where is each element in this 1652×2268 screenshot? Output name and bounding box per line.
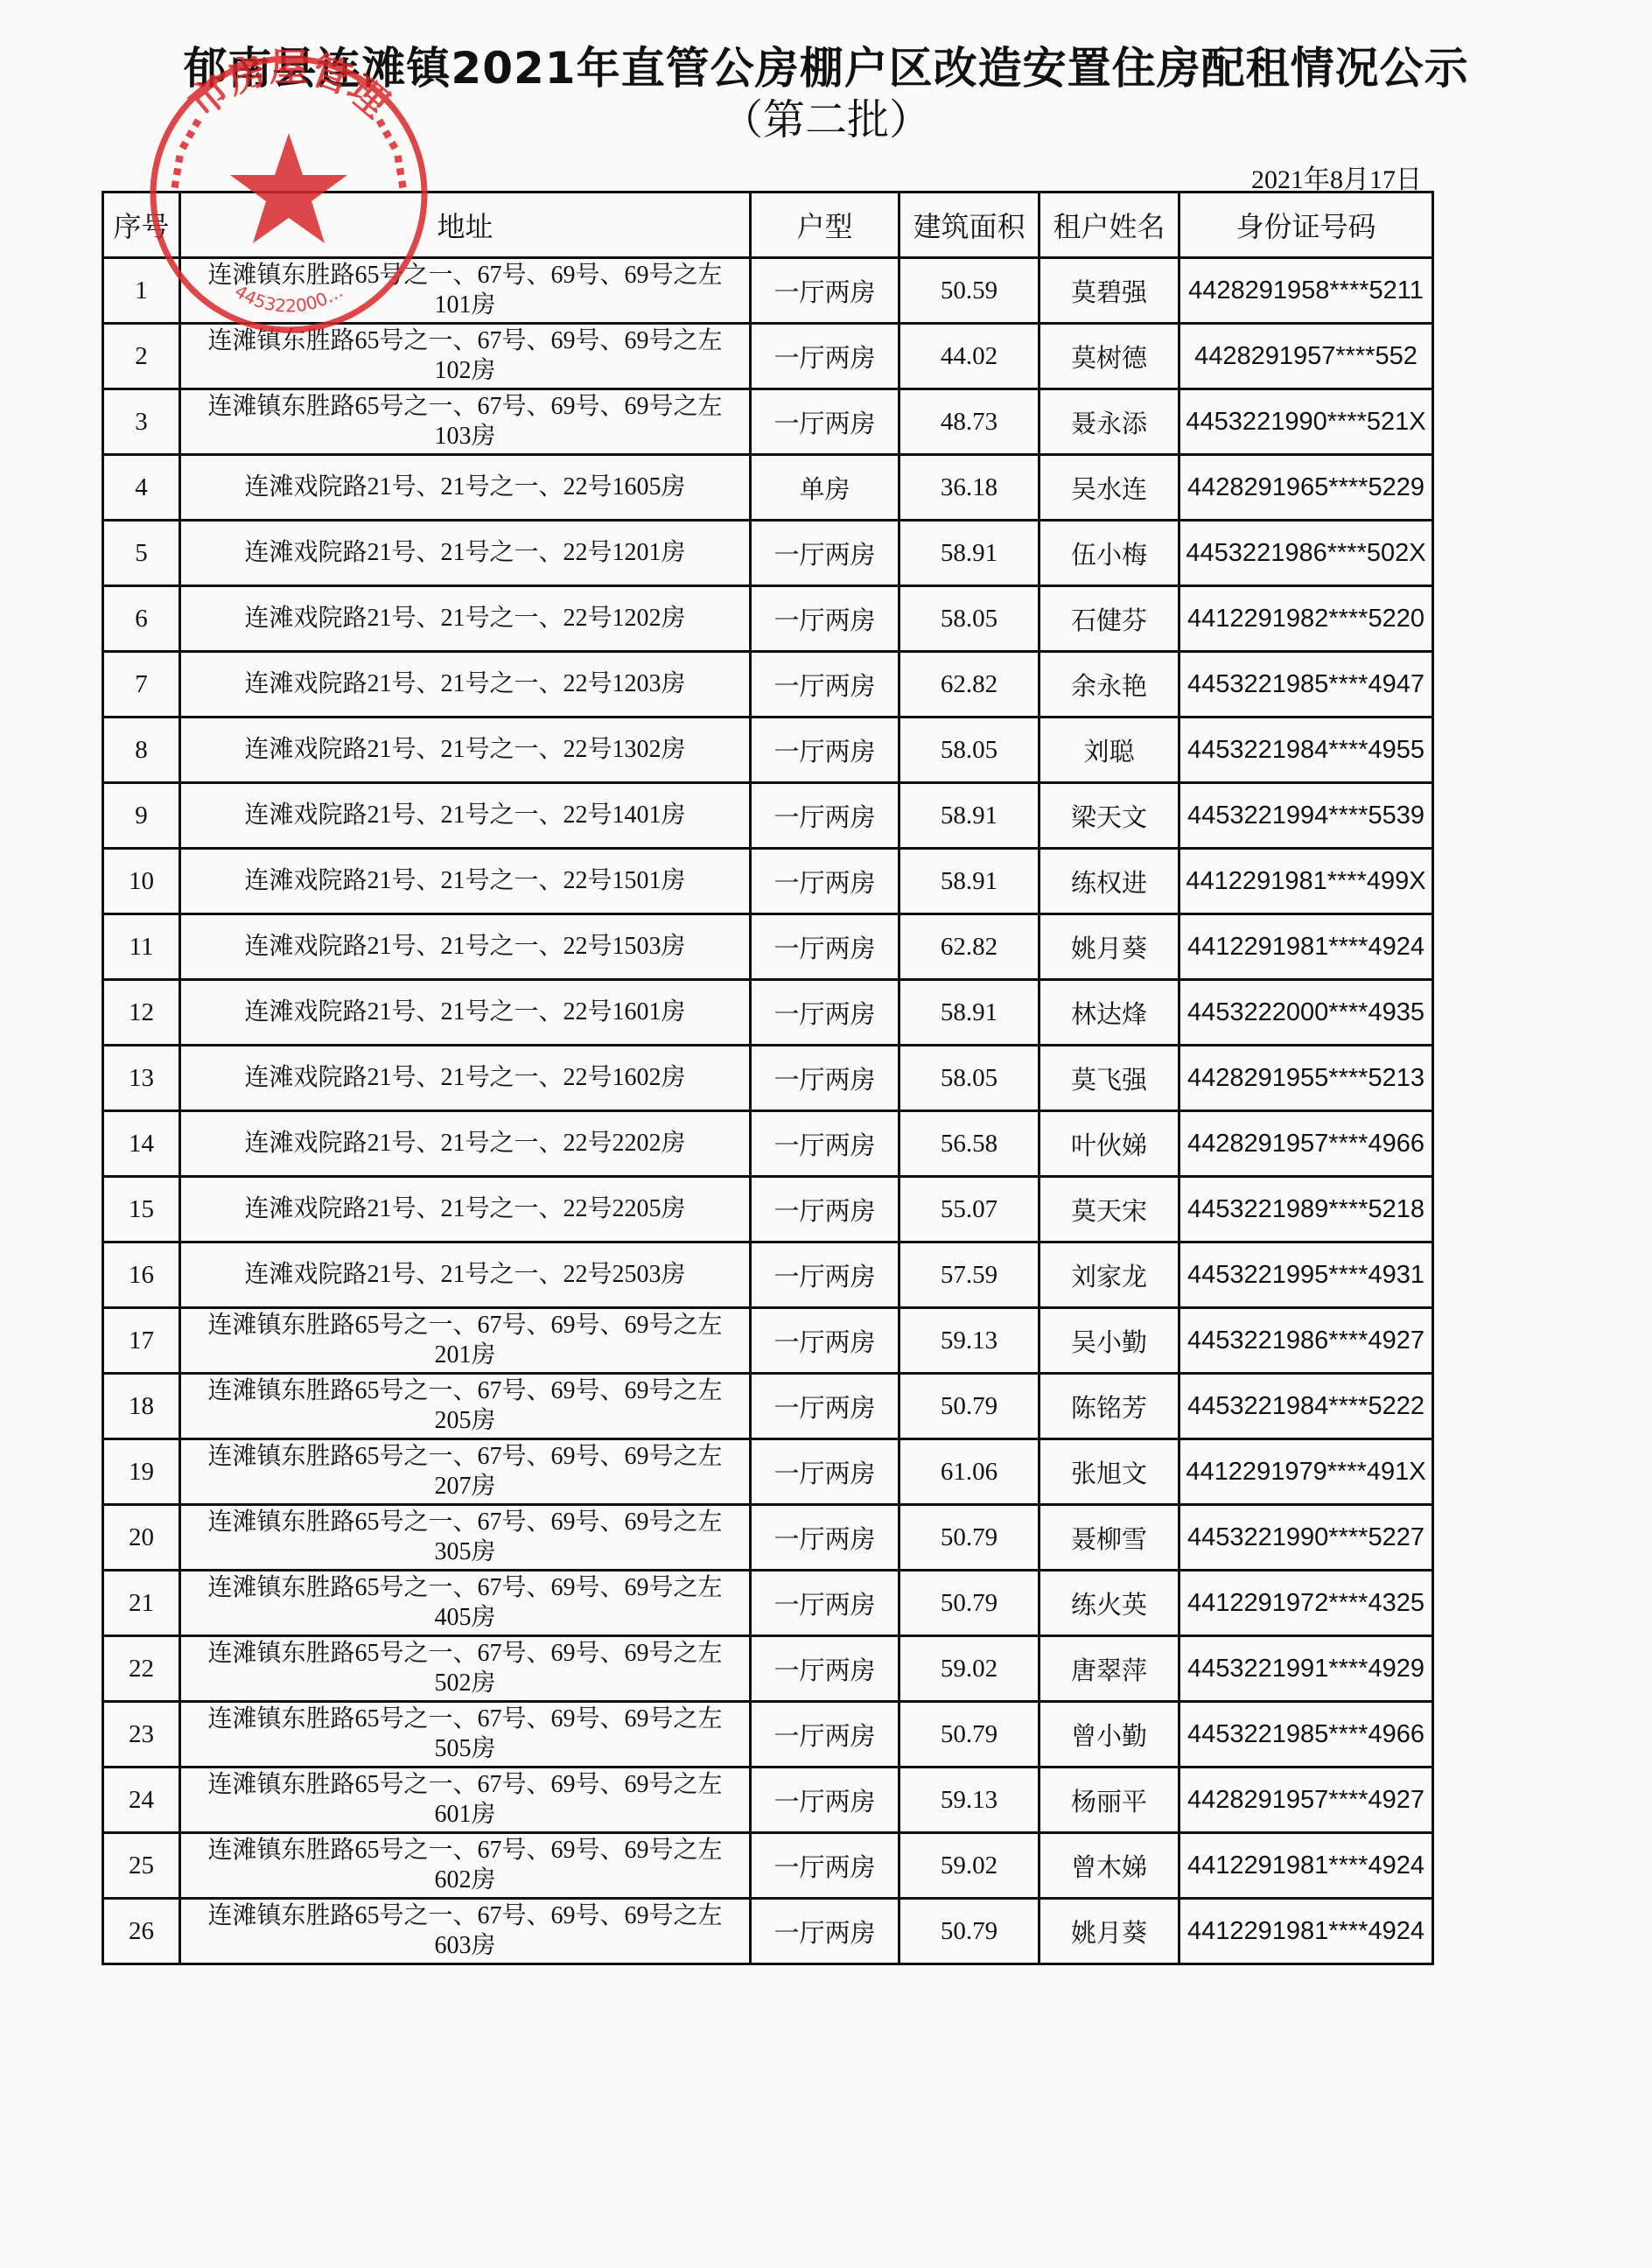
cell-address: 连滩戏院路21号、21号之一、22号1501房 bbox=[180, 849, 751, 914]
cell-type: 一厅两房 bbox=[751, 849, 899, 914]
cell-area: 57.59 bbox=[899, 1242, 1039, 1308]
cell-type: 一厅两房 bbox=[751, 1571, 899, 1636]
address-line-2: 505房 bbox=[185, 1734, 745, 1764]
cell-no: 24 bbox=[103, 1767, 180, 1833]
header-address: 地址 bbox=[180, 192, 751, 258]
table-row: 26连滩镇东胜路65号之一、67号、69号、69号之左603房一厅两房50.79… bbox=[103, 1899, 1433, 1964]
address-line-1: 连滩戏院路21号、21号之一、22号1302房 bbox=[185, 735, 745, 765]
cell-id: 4453221990****521X bbox=[1179, 389, 1433, 455]
document-subtitle: （第二批） bbox=[0, 86, 1652, 146]
cell-name: 唐翠萍 bbox=[1039, 1636, 1179, 1702]
cell-name: 练火英 bbox=[1039, 1571, 1179, 1636]
address-line-1: 连滩戏院路21号、21号之一、22号2202房 bbox=[185, 1129, 745, 1158]
cell-area: 50.59 bbox=[899, 258, 1039, 324]
cell-name: 曾小勤 bbox=[1039, 1702, 1179, 1767]
cell-area: 50.79 bbox=[899, 1374, 1039, 1439]
address-line-2: 201房 bbox=[185, 1340, 745, 1370]
cell-type: 一厅两房 bbox=[751, 1636, 899, 1702]
cell-id: 4412291981****4924 bbox=[1179, 1833, 1433, 1899]
cell-address: 连滩镇东胜路65号之一、67号、69号、69号之左101房 bbox=[180, 258, 751, 324]
cell-address: 连滩戏院路21号、21号之一、22号1605房 bbox=[180, 455, 751, 521]
cell-area: 44.02 bbox=[899, 324, 1039, 389]
cell-name: 吴小勤 bbox=[1039, 1308, 1179, 1374]
cell-no: 21 bbox=[103, 1571, 180, 1636]
cell-type: 一厅两房 bbox=[751, 389, 899, 455]
address-line-1: 连滩镇东胜路65号之一、67号、69号、69号之左 bbox=[185, 326, 745, 356]
address-line-1: 连滩镇东胜路65号之一、67号、69号、69号之左 bbox=[185, 1508, 745, 1537]
cell-id: 4453221990****5227 bbox=[1179, 1505, 1433, 1571]
cell-address: 连滩镇东胜路65号之一、67号、69号、69号之左201房 bbox=[180, 1308, 751, 1374]
cell-no: 19 bbox=[103, 1439, 180, 1505]
cell-type: 一厅两房 bbox=[751, 521, 899, 586]
cell-area: 59.13 bbox=[899, 1767, 1039, 1833]
address-line-2: 101房 bbox=[185, 290, 745, 320]
cell-address: 连滩镇东胜路65号之一、67号、69号、69号之左601房 bbox=[180, 1767, 751, 1833]
header-id: 身份证号码 bbox=[1179, 192, 1433, 258]
cell-id: 4453221994****5539 bbox=[1179, 783, 1433, 849]
cell-name: 聂永添 bbox=[1039, 389, 1179, 455]
cell-no: 9 bbox=[103, 783, 180, 849]
cell-name: 莫天宋 bbox=[1039, 1177, 1179, 1242]
address-line-1: 连滩镇东胜路65号之一、67号、69号、69号之左 bbox=[185, 261, 745, 290]
cell-id: 4453221984****5222 bbox=[1179, 1374, 1433, 1439]
table-row: 14连滩戏院路21号、21号之一、22号2202房一厅两房56.58叶伙娣442… bbox=[103, 1111, 1433, 1177]
table-body: 1连滩镇东胜路65号之一、67号、69号、69号之左101房一厅两房50.59莫… bbox=[103, 258, 1433, 1964]
table-row: 6连滩戏院路21号、21号之一、22号1202房一厅两房58.05石健芬4412… bbox=[103, 586, 1433, 652]
table-row: 3连滩镇东胜路65号之一、67号、69号、69号之左103房一厅两房48.73聂… bbox=[103, 389, 1433, 455]
table-row: 10连滩戏院路21号、21号之一、22号1501房一厅两房58.91练权进441… bbox=[103, 849, 1433, 914]
cell-type: 一厅两房 bbox=[751, 1046, 899, 1111]
cell-no: 12 bbox=[103, 980, 180, 1046]
cell-id: 4453221985****4966 bbox=[1179, 1702, 1433, 1767]
cell-area: 58.05 bbox=[899, 1046, 1039, 1111]
cell-area: 62.82 bbox=[899, 652, 1039, 717]
cell-address: 连滩镇东胜路65号之一、67号、69号、69号之左603房 bbox=[180, 1899, 751, 1964]
cell-name: 林达烽 bbox=[1039, 980, 1179, 1046]
cell-name: 刘聪 bbox=[1039, 717, 1179, 783]
cell-id: 4453221986****4927 bbox=[1179, 1308, 1433, 1374]
cell-address: 连滩戏院路21号、21号之一、22号1602房 bbox=[180, 1046, 751, 1111]
cell-address: 连滩戏院路21号、21号之一、22号1203房 bbox=[180, 652, 751, 717]
cell-name: 姚月葵 bbox=[1039, 914, 1179, 980]
header-no: 序号 bbox=[103, 192, 180, 258]
address-line-2: 207房 bbox=[185, 1472, 745, 1501]
cell-name: 莫碧强 bbox=[1039, 258, 1179, 324]
cell-type: 一厅两房 bbox=[751, 914, 899, 980]
address-line-1: 连滩戏院路21号、21号之一、22号1601房 bbox=[185, 997, 745, 1027]
address-line-2: 205房 bbox=[185, 1406, 745, 1436]
cell-address: 连滩镇东胜路65号之一、67号、69号、69号之左305房 bbox=[180, 1505, 751, 1571]
table-row: 18连滩镇东胜路65号之一、67号、69号、69号之左205房一厅两房50.79… bbox=[103, 1374, 1433, 1439]
cell-no: 8 bbox=[103, 717, 180, 783]
cell-name: 吴水连 bbox=[1039, 455, 1179, 521]
cell-address: 连滩戏院路21号、21号之一、22号2202房 bbox=[180, 1111, 751, 1177]
cell-address: 连滩镇东胜路65号之一、67号、69号、69号之左602房 bbox=[180, 1833, 751, 1899]
cell-area: 50.79 bbox=[899, 1899, 1039, 1964]
cell-type: 一厅两房 bbox=[751, 1833, 899, 1899]
table-row: 7连滩戏院路21号、21号之一、22号1203房一厅两房62.82余永艳4453… bbox=[103, 652, 1433, 717]
cell-id: 4412291979****491X bbox=[1179, 1439, 1433, 1505]
address-line-1: 连滩戏院路21号、21号之一、22号1605房 bbox=[185, 472, 745, 502]
cell-no: 1 bbox=[103, 258, 180, 324]
cell-area: 59.02 bbox=[899, 1636, 1039, 1702]
table-row: 9连滩戏院路21号、21号之一、22号1401房一厅两房58.91梁天文4453… bbox=[103, 783, 1433, 849]
address-line-2: 103房 bbox=[185, 422, 745, 451]
cell-id: 4453221991****4929 bbox=[1179, 1636, 1433, 1702]
cell-address: 连滩镇东胜路65号之一、67号、69号、69号之左205房 bbox=[180, 1374, 751, 1439]
address-line-1: 连滩镇东胜路65号之一、67号、69号、69号之左 bbox=[185, 1770, 745, 1800]
cell-address: 连滩戏院路21号、21号之一、22号1401房 bbox=[180, 783, 751, 849]
cell-type: 一厅两房 bbox=[751, 1111, 899, 1177]
cell-area: 50.79 bbox=[899, 1505, 1039, 1571]
cell-area: 48.73 bbox=[899, 389, 1039, 455]
cell-name: 聂柳雪 bbox=[1039, 1505, 1179, 1571]
table-row: 16连滩戏院路21号、21号之一、22号2503房一厅两房57.59刘家龙445… bbox=[103, 1242, 1433, 1308]
header-area: 建筑面积 bbox=[899, 192, 1039, 258]
cell-area: 50.79 bbox=[899, 1702, 1039, 1767]
cell-type: 一厅两房 bbox=[751, 1177, 899, 1242]
cell-area: 59.02 bbox=[899, 1833, 1039, 1899]
cell-name: 杨丽平 bbox=[1039, 1767, 1179, 1833]
table-row: 21连滩镇东胜路65号之一、67号、69号、69号之左405房一厅两房50.79… bbox=[103, 1571, 1433, 1636]
header-name: 租户姓名 bbox=[1039, 192, 1179, 258]
cell-address: 连滩镇东胜路65号之一、67号、69号、69号之左505房 bbox=[180, 1702, 751, 1767]
cell-no: 7 bbox=[103, 652, 180, 717]
cell-address: 连滩戏院路21号、21号之一、22号1601房 bbox=[180, 980, 751, 1046]
cell-address: 连滩镇东胜路65号之一、67号、69号、69号之左502房 bbox=[180, 1636, 751, 1702]
cell-id: 4412291981****499X bbox=[1179, 849, 1433, 914]
cell-type: 一厅两房 bbox=[751, 1899, 899, 1964]
address-line-1: 连滩戏院路21号、21号之一、22号1503房 bbox=[185, 932, 745, 962]
table-row: 17连滩镇东胜路65号之一、67号、69号、69号之左201房一厅两房59.13… bbox=[103, 1308, 1433, 1374]
cell-id: 4412291972****4325 bbox=[1179, 1571, 1433, 1636]
address-line-1: 连滩戏院路21号、21号之一、22号1401房 bbox=[185, 801, 745, 830]
cell-id: 4453221986****502X bbox=[1179, 521, 1433, 586]
address-line-1: 连滩镇东胜路65号之一、67号、69号、69号之左 bbox=[185, 1704, 745, 1734]
cell-id: 4453221995****4931 bbox=[1179, 1242, 1433, 1308]
cell-id: 4412291982****5220 bbox=[1179, 586, 1433, 652]
table-row: 11连滩戏院路21号、21号之一、22号1503房一厅两房62.82姚月葵441… bbox=[103, 914, 1433, 980]
address-line-2: 405房 bbox=[185, 1603, 745, 1633]
address-line-1: 连滩戏院路21号、21号之一、22号1203房 bbox=[185, 669, 745, 699]
cell-no: 17 bbox=[103, 1308, 180, 1374]
cell-name: 石健芬 bbox=[1039, 586, 1179, 652]
address-line-1: 连滩镇东胜路65号之一、67号、69号、69号之左 bbox=[185, 1639, 745, 1669]
cell-area: 36.18 bbox=[899, 455, 1039, 521]
cell-no: 4 bbox=[103, 455, 180, 521]
table-row: 1连滩镇东胜路65号之一、67号、69号、69号之左101房一厅两房50.59莫… bbox=[103, 258, 1433, 324]
cell-name: 莫飞强 bbox=[1039, 1046, 1179, 1111]
address-line-2: 502房 bbox=[185, 1669, 745, 1698]
cell-area: 58.91 bbox=[899, 849, 1039, 914]
cell-area: 59.13 bbox=[899, 1308, 1039, 1374]
table-header-row: 序号 地址 户型 建筑面积 租户姓名 身份证号码 bbox=[103, 192, 1433, 258]
allocation-table: 序号 地址 户型 建筑面积 租户姓名 身份证号码 1连滩镇东胜路65号之一、67… bbox=[101, 191, 1434, 1965]
cell-id: 4428291958****5211 bbox=[1179, 258, 1433, 324]
cell-type: 一厅两房 bbox=[751, 783, 899, 849]
header-type: 户型 bbox=[751, 192, 899, 258]
address-line-1: 连滩镇东胜路65号之一、67号、69号、69号之左 bbox=[185, 1442, 745, 1472]
cell-area: 50.79 bbox=[899, 1571, 1039, 1636]
cell-type: 一厅两房 bbox=[751, 652, 899, 717]
address-line-1: 连滩戏院路21号、21号之一、22号2205房 bbox=[185, 1194, 745, 1224]
cell-address: 连滩镇东胜路65号之一、67号、69号、69号之左207房 bbox=[180, 1439, 751, 1505]
cell-id: 4453221989****5218 bbox=[1179, 1177, 1433, 1242]
cell-type: 一厅两房 bbox=[751, 1439, 899, 1505]
address-line-1: 连滩镇东胜路65号之一、67号、69号、69号之左 bbox=[185, 1311, 745, 1340]
cell-area: 62.82 bbox=[899, 914, 1039, 980]
cell-area: 58.91 bbox=[899, 521, 1039, 586]
table-row: 25连滩镇东胜路65号之一、67号、69号、69号之左602房一厅两房59.02… bbox=[103, 1833, 1433, 1899]
address-line-1: 连滩戏院路21号、21号之一、22号1501房 bbox=[185, 866, 745, 896]
cell-no: 26 bbox=[103, 1899, 180, 1964]
cell-no: 13 bbox=[103, 1046, 180, 1111]
cell-id: 4428291957****552 bbox=[1179, 324, 1433, 389]
table-row: 2连滩镇东胜路65号之一、67号、69号、69号之左102房一厅两房44.02莫… bbox=[103, 324, 1433, 389]
address-line-1: 连滩戏院路21号、21号之一、22号1602房 bbox=[185, 1063, 745, 1093]
cell-no: 20 bbox=[103, 1505, 180, 1571]
cell-area: 61.06 bbox=[899, 1439, 1039, 1505]
address-line-2: 305房 bbox=[185, 1537, 745, 1567]
cell-no: 5 bbox=[103, 521, 180, 586]
cell-no: 16 bbox=[103, 1242, 180, 1308]
cell-name: 叶伙娣 bbox=[1039, 1111, 1179, 1177]
cell-id: 4428291965****5229 bbox=[1179, 455, 1433, 521]
address-line-2: 603房 bbox=[185, 1931, 745, 1961]
table-row: 15连滩戏院路21号、21号之一、22号2205房一厅两房55.07莫天宋445… bbox=[103, 1177, 1433, 1242]
cell-no: 18 bbox=[103, 1374, 180, 1439]
cell-name: 陈铭芳 bbox=[1039, 1374, 1179, 1439]
cell-area: 56.58 bbox=[899, 1111, 1039, 1177]
table-row: 19连滩镇东胜路65号之一、67号、69号、69号之左207房一厅两房61.06… bbox=[103, 1439, 1433, 1505]
cell-area: 58.05 bbox=[899, 586, 1039, 652]
cell-address: 连滩戏院路21号、21号之一、22号1202房 bbox=[180, 586, 751, 652]
cell-address: 连滩镇东胜路65号之一、67号、69号、69号之左103房 bbox=[180, 389, 751, 455]
cell-address: 连滩戏院路21号、21号之一、22号2503房 bbox=[180, 1242, 751, 1308]
table-row: 4连滩戏院路21号、21号之一、22号1605房单房36.18吴水连442829… bbox=[103, 455, 1433, 521]
cell-id: 4412291981****4924 bbox=[1179, 914, 1433, 980]
cell-no: 22 bbox=[103, 1636, 180, 1702]
table-row: 5连滩戏院路21号、21号之一、22号1201房一厅两房58.91伍小梅4453… bbox=[103, 521, 1433, 586]
cell-no: 2 bbox=[103, 324, 180, 389]
cell-name: 曾木娣 bbox=[1039, 1833, 1179, 1899]
address-line-1: 连滩戏院路21号、21号之一、22号1201房 bbox=[185, 538, 745, 568]
cell-id: 4428291955****5213 bbox=[1179, 1046, 1433, 1111]
cell-id: 4428291957****4927 bbox=[1179, 1767, 1433, 1833]
cell-type: 一厅两房 bbox=[751, 717, 899, 783]
cell-area: 58.91 bbox=[899, 980, 1039, 1046]
cell-address: 连滩戏院路21号、21号之一、22号1201房 bbox=[180, 521, 751, 586]
cell-address: 连滩戏院路21号、21号之一、22号1503房 bbox=[180, 914, 751, 980]
cell-type: 一厅两房 bbox=[751, 1242, 899, 1308]
address-line-1: 连滩镇东胜路65号之一、67号、69号、69号之左 bbox=[185, 1376, 745, 1406]
table-row: 12连滩戏院路21号、21号之一、22号1601房一厅两房58.91林达烽445… bbox=[103, 980, 1433, 1046]
cell-type: 一厅两房 bbox=[751, 1767, 899, 1833]
cell-no: 25 bbox=[103, 1833, 180, 1899]
table-row: 8连滩戏院路21号、21号之一、22号1302房一厅两房58.05刘聪44532… bbox=[103, 717, 1433, 783]
cell-id: 4412291981****4924 bbox=[1179, 1899, 1433, 1964]
address-line-1: 连滩镇东胜路65号之一、67号、69号、69号之左 bbox=[185, 392, 745, 422]
table-row: 23连滩镇东胜路65号之一、67号、69号、69号之左505房一厅两房50.79… bbox=[103, 1702, 1433, 1767]
cell-name: 伍小梅 bbox=[1039, 521, 1179, 586]
cell-name: 刘家龙 bbox=[1039, 1242, 1179, 1308]
cell-id: 4453222000****4935 bbox=[1179, 980, 1433, 1046]
address-line-1: 连滩镇东胜路65号之一、67号、69号、69号之左 bbox=[185, 1836, 745, 1865]
cell-name: 莫树德 bbox=[1039, 324, 1179, 389]
cell-no: 15 bbox=[103, 1177, 180, 1242]
cell-no: 11 bbox=[103, 914, 180, 980]
address-line-1: 连滩镇东胜路65号之一、67号、69号、69号之左 bbox=[185, 1901, 745, 1931]
address-line-2: 102房 bbox=[185, 356, 745, 386]
table-row: 24连滩镇东胜路65号之一、67号、69号、69号之左601房一厅两房59.13… bbox=[103, 1767, 1433, 1833]
cell-id: 4453221984****4955 bbox=[1179, 717, 1433, 783]
address-line-2: 601房 bbox=[185, 1800, 745, 1830]
cell-no: 10 bbox=[103, 849, 180, 914]
cell-type: 一厅两房 bbox=[751, 1702, 899, 1767]
cell-name: 梁天文 bbox=[1039, 783, 1179, 849]
cell-address: 连滩戏院路21号、21号之一、22号2205房 bbox=[180, 1177, 751, 1242]
cell-type: 一厅两房 bbox=[751, 980, 899, 1046]
table-row: 13连滩戏院路21号、21号之一、22号1602房一厅两房58.05莫飞强442… bbox=[103, 1046, 1433, 1111]
cell-address: 连滩镇东胜路65号之一、67号、69号、69号之左102房 bbox=[180, 324, 751, 389]
cell-name: 姚月葵 bbox=[1039, 1899, 1179, 1964]
cell-type: 单房 bbox=[751, 455, 899, 521]
cell-address: 连滩镇东胜路65号之一、67号、69号、69号之左405房 bbox=[180, 1571, 751, 1636]
cell-address: 连滩戏院路21号、21号之一、22号1302房 bbox=[180, 717, 751, 783]
cell-type: 一厅两房 bbox=[751, 1374, 899, 1439]
address-line-1: 连滩镇东胜路65号之一、67号、69号、69号之左 bbox=[185, 1573, 745, 1603]
cell-area: 55.07 bbox=[899, 1177, 1039, 1242]
address-line-1: 连滩戏院路21号、21号之一、22号2503房 bbox=[185, 1260, 745, 1290]
cell-no: 6 bbox=[103, 586, 180, 652]
cell-name: 余永艳 bbox=[1039, 652, 1179, 717]
table-row: 20连滩镇东胜路65号之一、67号、69号、69号之左305房一厅两房50.79… bbox=[103, 1505, 1433, 1571]
cell-name: 练权进 bbox=[1039, 849, 1179, 914]
cell-type: 一厅两房 bbox=[751, 1308, 899, 1374]
cell-type: 一厅两房 bbox=[751, 586, 899, 652]
cell-no: 23 bbox=[103, 1702, 180, 1767]
cell-name: 张旭文 bbox=[1039, 1439, 1179, 1505]
cell-area: 58.05 bbox=[899, 717, 1039, 783]
cell-type: 一厅两房 bbox=[751, 258, 899, 324]
cell-area: 58.91 bbox=[899, 783, 1039, 849]
address-line-1: 连滩戏院路21号、21号之一、22号1202房 bbox=[185, 604, 745, 633]
cell-no: 3 bbox=[103, 389, 180, 455]
cell-id: 4428291957****4966 bbox=[1179, 1111, 1433, 1177]
cell-no: 14 bbox=[103, 1111, 180, 1177]
address-line-2: 602房 bbox=[185, 1865, 745, 1895]
cell-type: 一厅两房 bbox=[751, 324, 899, 389]
table-row: 22连滩镇东胜路65号之一、67号、69号、69号之左502房一厅两房59.02… bbox=[103, 1636, 1433, 1702]
cell-type: 一厅两房 bbox=[751, 1505, 899, 1571]
cell-id: 4453221985****4947 bbox=[1179, 652, 1433, 717]
